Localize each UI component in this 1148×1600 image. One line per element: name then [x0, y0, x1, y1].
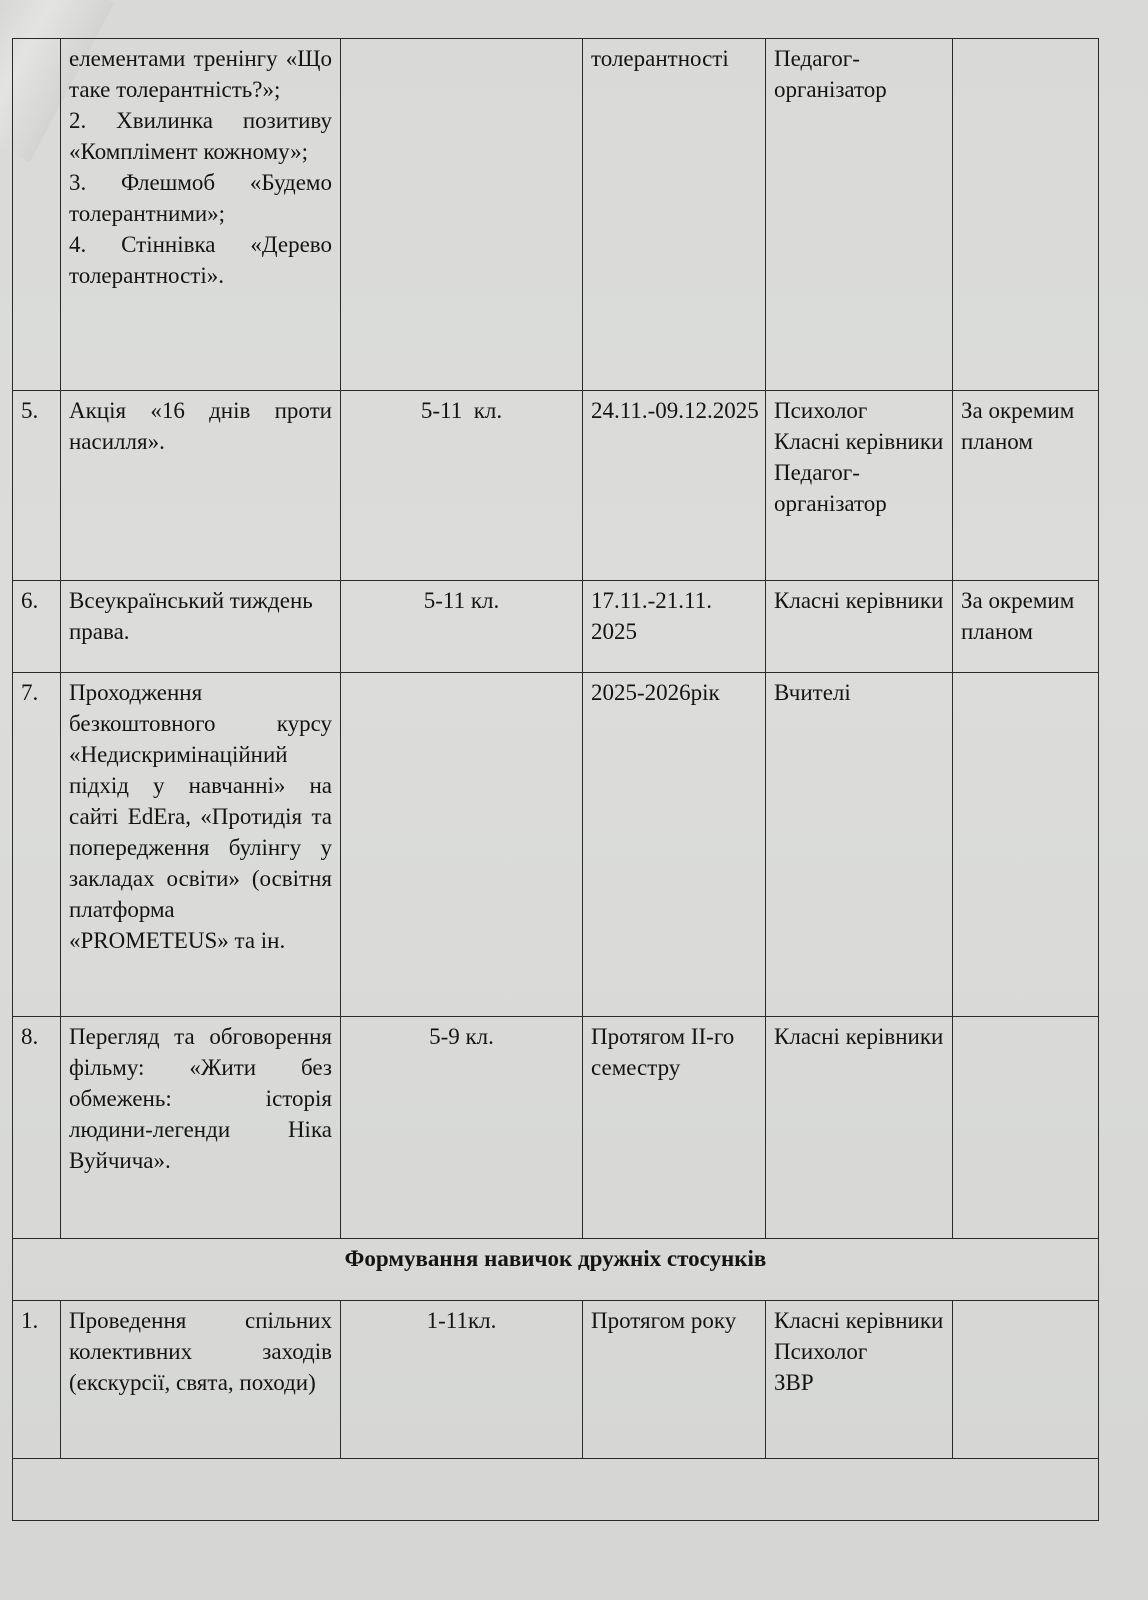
classes-cell	[341, 673, 583, 1017]
responsible-person: Педагог-організатор	[774, 457, 944, 519]
classes-cell: 1-11кл.	[341, 1301, 583, 1459]
row-number: 5.	[13, 391, 61, 581]
responsible-person: Класні керівники	[774, 426, 944, 457]
section-header-row: Формування навичок дружніх стосунків	[13, 1239, 1099, 1301]
classes-cell: 5-11 кл.	[341, 581, 583, 673]
empty-cell	[13, 1459, 1099, 1521]
note-cell	[953, 39, 1099, 391]
note-cell	[953, 1301, 1099, 1459]
activity-cell: Акція «16 днів проти насилля».	[61, 391, 341, 581]
activity-cell: Проведення спільних колективних заходів …	[61, 1301, 341, 1459]
table-row: 5. Акція «16 днів проти насилля». 5-11 к…	[13, 391, 1099, 581]
responsible-person: Вчителі	[774, 677, 944, 708]
activity-line: елементами тренінгу «Що таке толерантніс…	[69, 43, 332, 105]
responsible-person: Класні керівники	[774, 1021, 944, 1052]
responsible-person: Психолог	[774, 1336, 944, 1367]
activity-line: 4. Стіннівка «Дерево толерантності».	[69, 229, 332, 291]
activity-cell: Перегляд та обговорення фільму: «Жити бе…	[61, 1017, 341, 1239]
table-row: 7. Проходження безкоштовного курсу «Неди…	[13, 673, 1099, 1017]
activity-line: 3. Флешмоб «Будемо толерантними»;	[69, 167, 332, 229]
row-number: 1.	[13, 1301, 61, 1459]
classes-cell	[341, 39, 583, 391]
empty-row	[13, 1459, 1099, 1521]
date-cell: Протягом року	[583, 1301, 766, 1459]
activities-table: елементами тренінгу «Що таке толерантніс…	[12, 38, 1099, 1521]
activity-line: 2. Хвилинка позитиву «Комплімент кожному…	[69, 105, 332, 167]
responsible-cell: Класні керівники	[766, 581, 953, 673]
activity-cell: Всеукраїнський тиждень права.	[61, 581, 341, 673]
row-number: 8.	[13, 1017, 61, 1239]
document-page: елементами тренінгу «Що таке толерантніс…	[0, 0, 1148, 1600]
responsible-cell: Психолог Класні керівники Педагог-органі…	[766, 391, 953, 581]
note-cell: За окремим планом	[953, 391, 1099, 581]
responsible-cell: Педагог-організатор	[766, 39, 953, 391]
date-cell: толерантності	[583, 39, 766, 391]
activity-cell: елементами тренінгу «Що таке толерантніс…	[61, 39, 341, 391]
responsible-cell: Класні керівники	[766, 1017, 953, 1239]
activity-cell: Проходження безкоштовного курсу «Недискр…	[61, 673, 341, 1017]
responsible-person: Класні керівники	[774, 1305, 944, 1336]
responsible-person: Психолог	[774, 395, 944, 426]
responsible-person: ЗВР	[774, 1367, 944, 1398]
responsible-cell: Вчителі	[766, 673, 953, 1017]
note-cell	[953, 673, 1099, 1017]
date-cell: 24.11.-09.12.2025	[583, 391, 766, 581]
date-cell: 2025-2026рік	[583, 673, 766, 1017]
table-row: 1. Проведення спільних колективних заход…	[13, 1301, 1099, 1459]
responsible-person: Класні керівники	[774, 585, 944, 616]
date-cell: 17.11.-21.11. 2025	[583, 581, 766, 673]
row-number	[13, 39, 61, 391]
table-row: елементами тренінгу «Що таке толерантніс…	[13, 39, 1099, 391]
section-title: Формування навичок дружніх стосунків	[13, 1239, 1099, 1301]
row-number: 7.	[13, 673, 61, 1017]
responsible-cell: Класні керівники Психолог ЗВР	[766, 1301, 953, 1459]
table-row: 6. Всеукраїнський тиждень права. 5-11 кл…	[13, 581, 1099, 673]
table-row: 8. Перегляд та обговорення фільму: «Жити…	[13, 1017, 1099, 1239]
classes-cell: 5-9 кл.	[341, 1017, 583, 1239]
responsible-person: Педагог-організатор	[774, 43, 944, 105]
row-number: 6.	[13, 581, 61, 673]
date-cell: Протягом ІІ-го семестру	[583, 1017, 766, 1239]
note-cell: За окремим планом	[953, 581, 1099, 673]
note-cell	[953, 1017, 1099, 1239]
classes-cell: 5-11 кл.	[341, 391, 583, 581]
